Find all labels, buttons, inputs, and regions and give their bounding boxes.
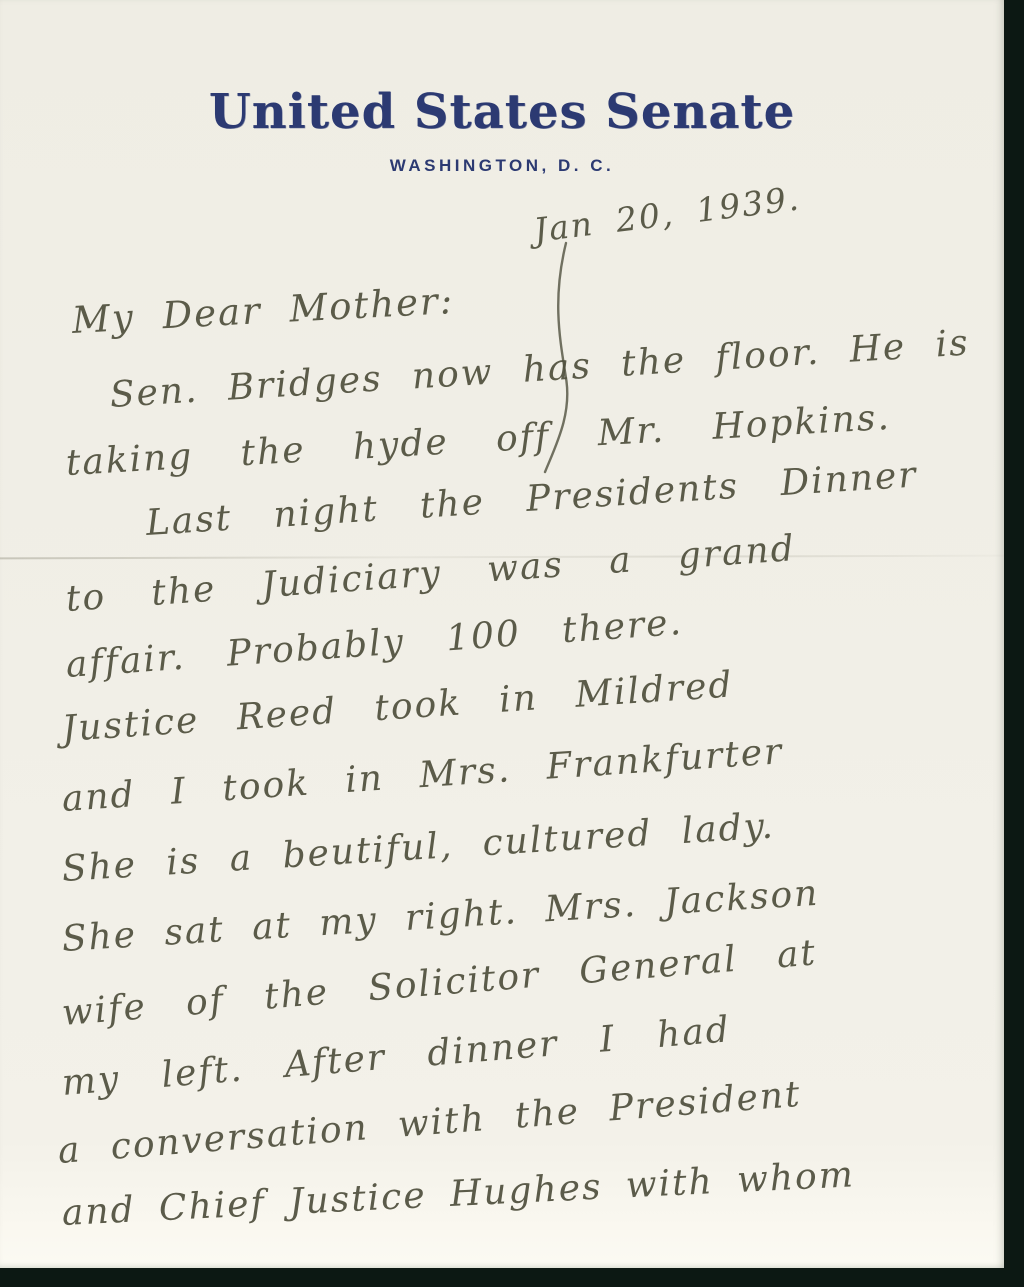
- letterhead-location: WASHINGTON, D. C.: [0, 156, 1004, 176]
- letterhead-title: United States Senate: [0, 84, 1004, 140]
- handwriting-line: and Chief Justice Hughes with whom: [61, 1157, 856, 1232]
- handwritten-date: Jan 20, 1939.: [532, 181, 802, 246]
- scan-background: United States Senate WASHINGTON, D. C. J…: [0, 0, 1024, 1287]
- handwriting-line: Justice Reed took in Mildred: [61, 667, 735, 748]
- handwriting-line: to the Judiciary was a grand: [65, 531, 797, 618]
- handwriting-line: affair. Probably 100 there.: [65, 605, 684, 684]
- handwriting-line: and I took in Mrs. Frankfurter: [61, 734, 785, 818]
- letter-paper: United States Senate WASHINGTON, D. C. J…: [0, 0, 1004, 1268]
- salutation: My Dear Mother:: [71, 282, 455, 339]
- letterhead: United States Senate WASHINGTON, D. C.: [0, 0, 1004, 176]
- handwriting-line: She is a beutiful, cultured lady.: [61, 808, 776, 888]
